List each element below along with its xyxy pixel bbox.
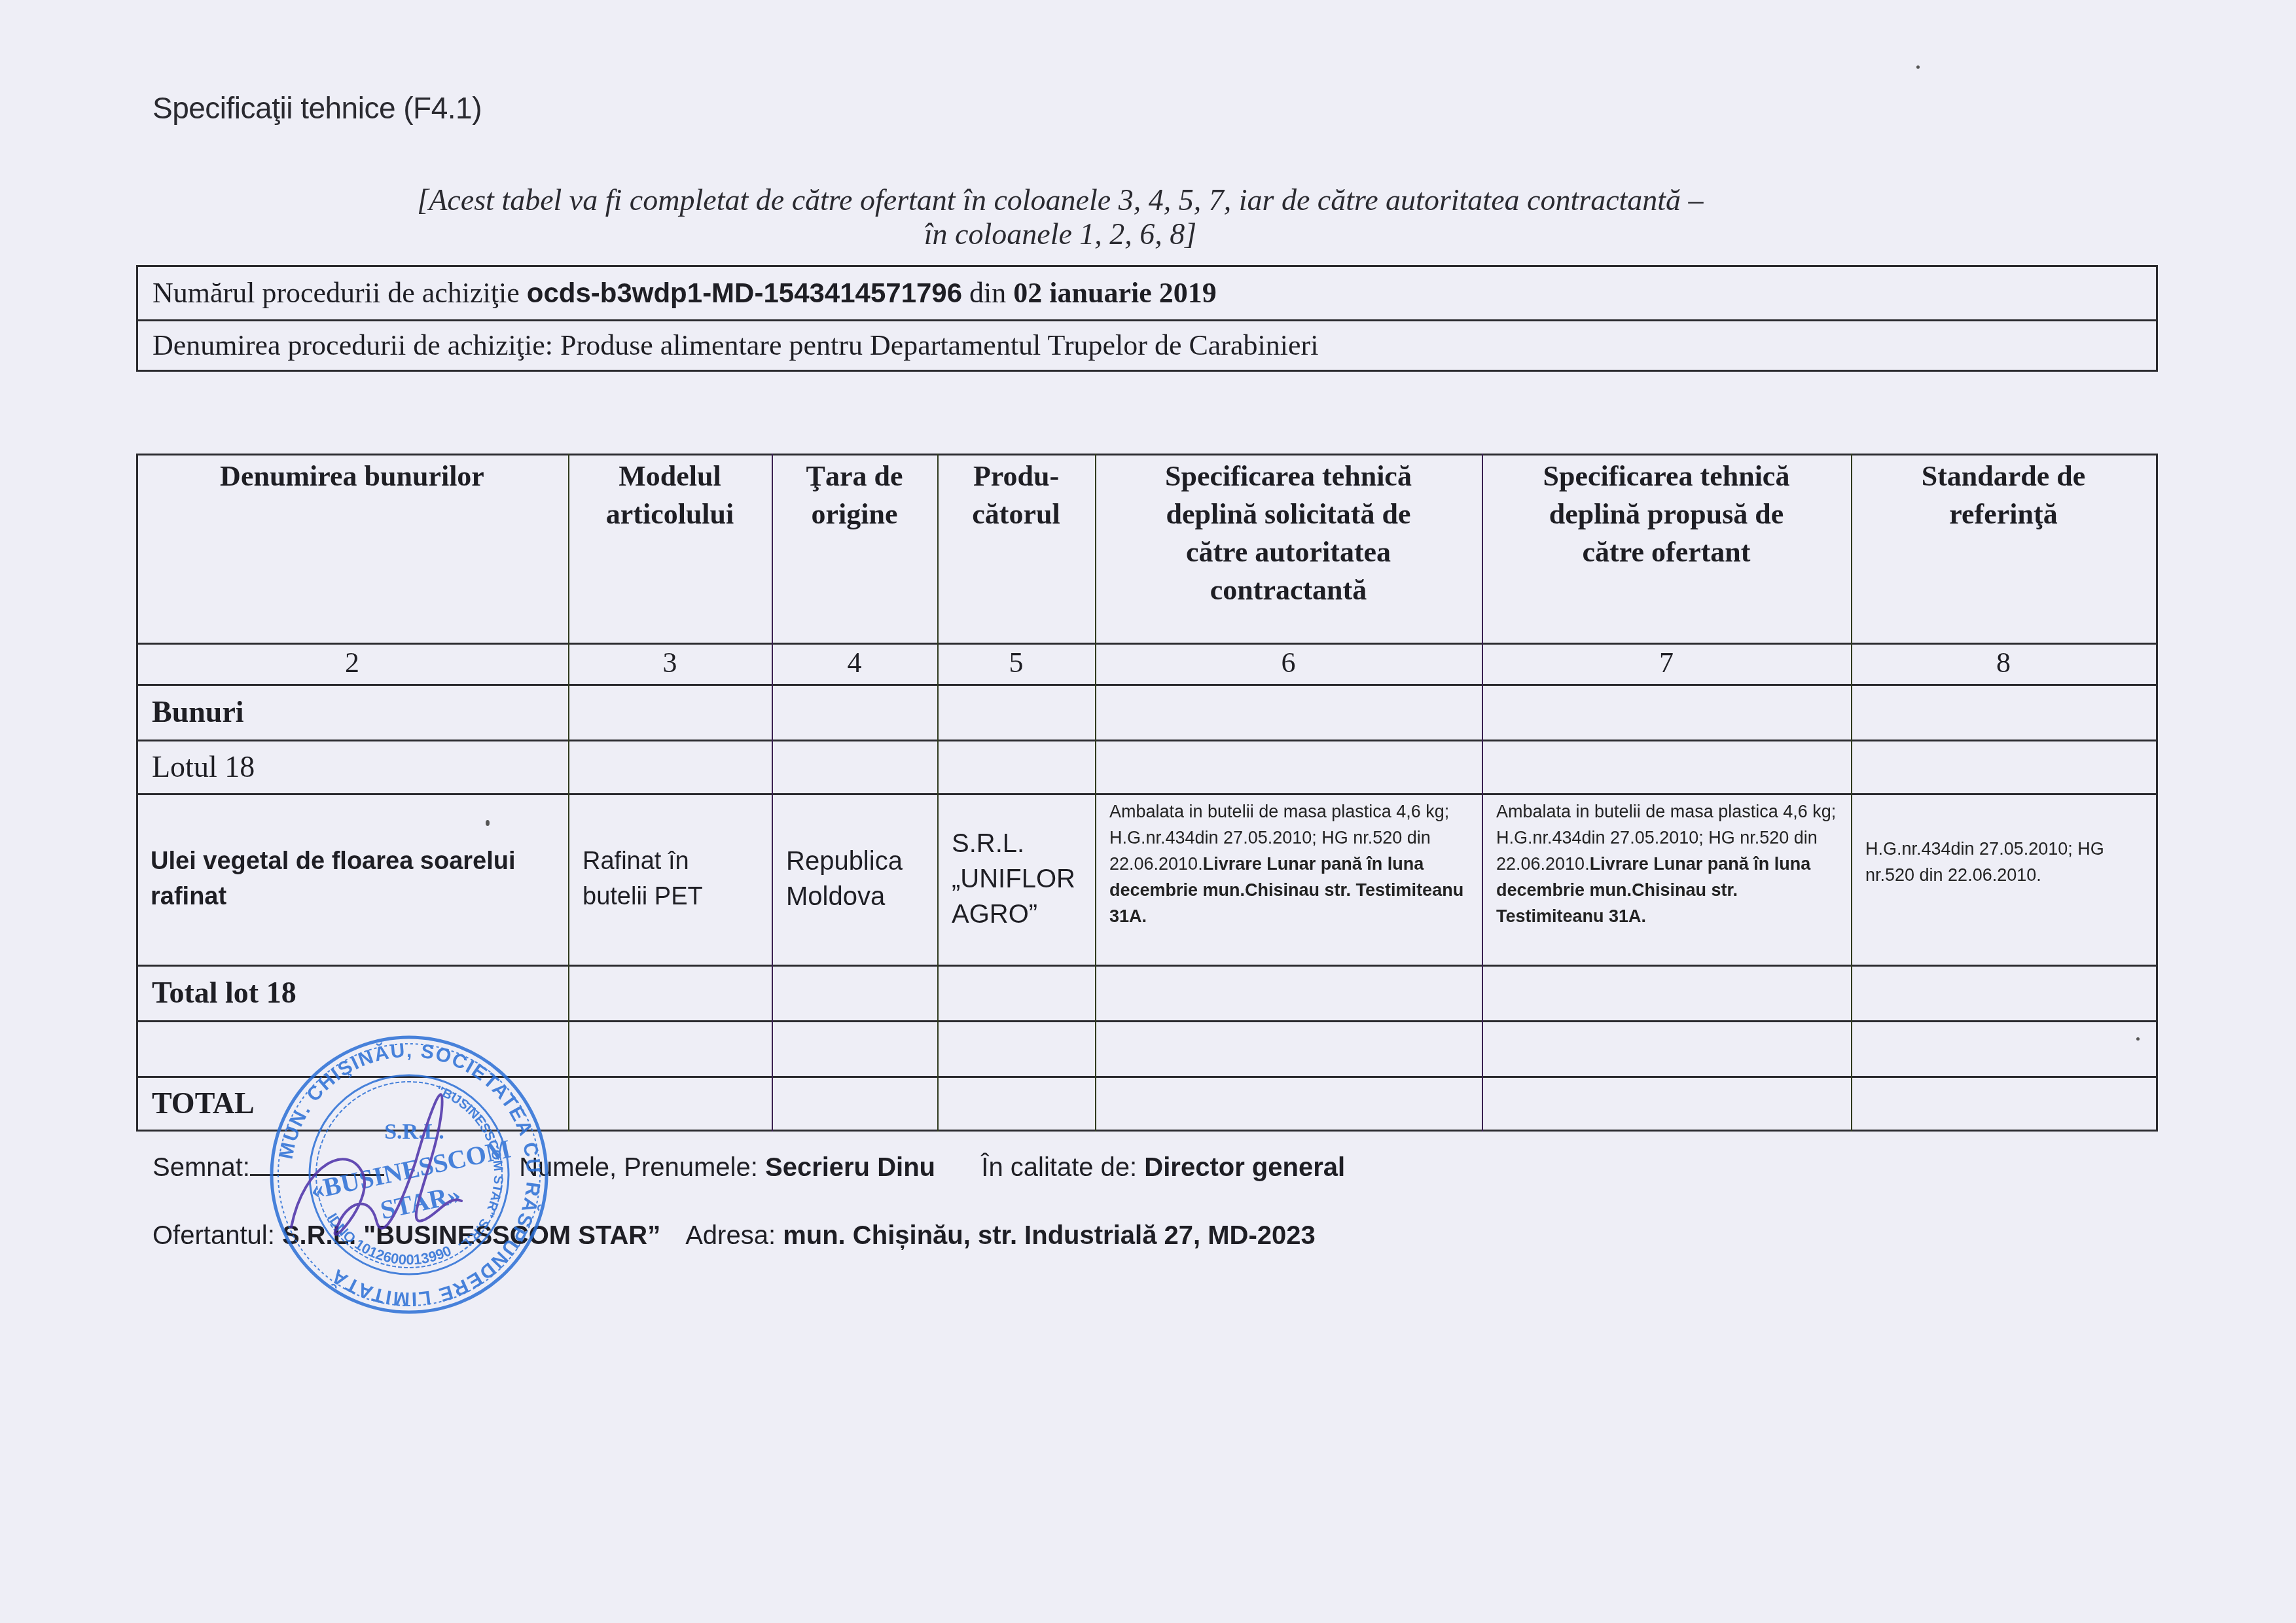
item-manufacturer: S.R.L. „UNIFLOR AGRO” <box>937 793 1095 965</box>
procedure-name-row: Denumirea procedurii de achiziţie: Produ… <box>138 319 2156 372</box>
header-text: referinţă <box>1851 495 2156 533</box>
header-text: către ofertant <box>1482 533 1851 571</box>
address-value: mun. Chișinău, str. Industrială 27, MD-2… <box>783 1221 1316 1250</box>
specifications-table: Denumirea bunurilor Modelul articolului … <box>136 454 2158 1132</box>
header-text: contractantă <box>1095 571 1482 609</box>
offerer-label: Ofertantul: <box>152 1221 275 1250</box>
scan-speck <box>2136 1037 2140 1041</box>
table-rule <box>136 1130 2158 1132</box>
header-text: deplină solicitată de <box>1095 495 1482 533</box>
header-text: Denumirea bunurilor <box>136 457 568 495</box>
scan-speck <box>486 820 490 826</box>
role-value: Director general <box>1144 1153 1345 1182</box>
column-number: 5 <box>937 643 1095 684</box>
stamp-center-line-3: STAR» <box>378 1179 463 1225</box>
instructions-note: [Acest tabel va fi completat de către of… <box>275 183 1846 251</box>
address-label: Adresa: <box>685 1221 776 1250</box>
lot-label: Lotul 18 <box>136 740 568 793</box>
column-number: 2 <box>136 643 568 684</box>
header-text: origine <box>772 495 937 533</box>
offerer-line: Ofertantul: S.R.L. "BUSINESSCOM STAR” Ad… <box>152 1221 1316 1251</box>
column-number: 8 <box>1851 643 2156 684</box>
header-text: deplină propusă de <box>1482 495 1851 533</box>
table-rule <box>2156 454 2158 1132</box>
item-spec-requested: Ambalata in butelii de masa plastica 4,6… <box>1095 793 1482 965</box>
offerer-value: S.R.L. "BUSINESSCOM STAR” <box>282 1221 660 1250</box>
table-rule <box>136 1020 2158 1022</box>
procedure-number-value: ocds-b3wdp1-MD-1543414571796 <box>527 277 962 308</box>
header-text: Modelul <box>568 457 772 495</box>
item-standards: H.G.nr.434din 27.05.2010; HG nr.520 din … <box>1851 793 2156 931</box>
document-title: Specificaţii tehnice (F4.1) <box>152 90 482 126</box>
item-model: Rafinat în butelii PET <box>568 793 772 965</box>
header-text: Produ- <box>937 457 1095 495</box>
item-spec-offered: Ambalata in butelii de masa plastica 4,6… <box>1482 793 1851 965</box>
instructions-line-2: în coloanele 1, 2, 6, 8] <box>275 217 1846 251</box>
header-text: Specificarea tehnică <box>1095 457 1482 495</box>
procedure-name-label: Denumirea procedurii de achiziţie: <box>152 329 553 361</box>
header-country-of-origin: Ţara de origine <box>772 454 937 643</box>
procedure-box: Numărul procedurii de achiziţie ocds-b3w… <box>136 265 2158 372</box>
grand-total-label: TOTAL <box>136 1076 568 1130</box>
procedure-name-value: Produse alimentare pentru Departamentul … <box>560 329 1318 361</box>
header-text: Specificarea tehnică <box>1482 457 1851 495</box>
signed-label: Semnat: <box>152 1153 250 1182</box>
name-label: Numele, Prenumele: <box>519 1153 758 1182</box>
procedure-date-value: 02 ianuarie 2019 <box>1013 277 1216 309</box>
instructions-line-1: [Acest tabel va fi completat de către of… <box>275 183 1846 217</box>
header-item-model: Modelul articolului <box>568 454 772 643</box>
header-text: către autoritatea <box>1095 533 1482 571</box>
header-text: Ţara de <box>772 457 937 495</box>
procedure-number-row: Numărul procedurii de achiziţie ocds-b3w… <box>138 267 2156 321</box>
header-goods-name: Denumirea bunurilor <box>136 454 568 643</box>
signature-field <box>250 1152 384 1176</box>
header-text: cătorul <box>937 495 1095 533</box>
lot-total-label: Total lot 18 <box>136 965 568 1020</box>
signature-line: Semnat: Numele, Prenumele: Secrieru Dinu… <box>152 1152 1345 1183</box>
name-value: Secrieru Dinu <box>765 1153 935 1182</box>
item-origin: Republica Moldova <box>772 793 937 965</box>
procedure-date-prefix: din <box>969 277 1006 309</box>
scan-speck <box>1916 65 1920 69</box>
column-number: 4 <box>772 643 937 684</box>
standards-text: H.G.nr.434din 27.05.2010; HG nr.520 din … <box>1865 836 2143 888</box>
column-number: 3 <box>568 643 772 684</box>
item-name: Ulei vegetal de floarea soarelui rafinat <box>136 793 568 965</box>
header-manufacturer: Produ- cătorul <box>937 454 1095 643</box>
header-reference-standards: Standarde de referinţă <box>1851 454 2156 643</box>
column-number: 7 <box>1482 643 1851 684</box>
header-spec-offered: Specificarea tehnică deplină propusă de … <box>1482 454 1851 643</box>
header-text: articolului <box>568 495 772 533</box>
column-number: 6 <box>1095 643 1482 684</box>
role-label: În calitate de: <box>981 1153 1137 1182</box>
header-text: Standarde de <box>1851 457 2156 495</box>
section-label-goods: Bunuri <box>136 684 568 740</box>
procedure-number-label: Numărul procedurii de achiziţie <box>152 277 520 309</box>
header-spec-requested: Specificarea tehnică deplină solicitată … <box>1095 454 1482 643</box>
